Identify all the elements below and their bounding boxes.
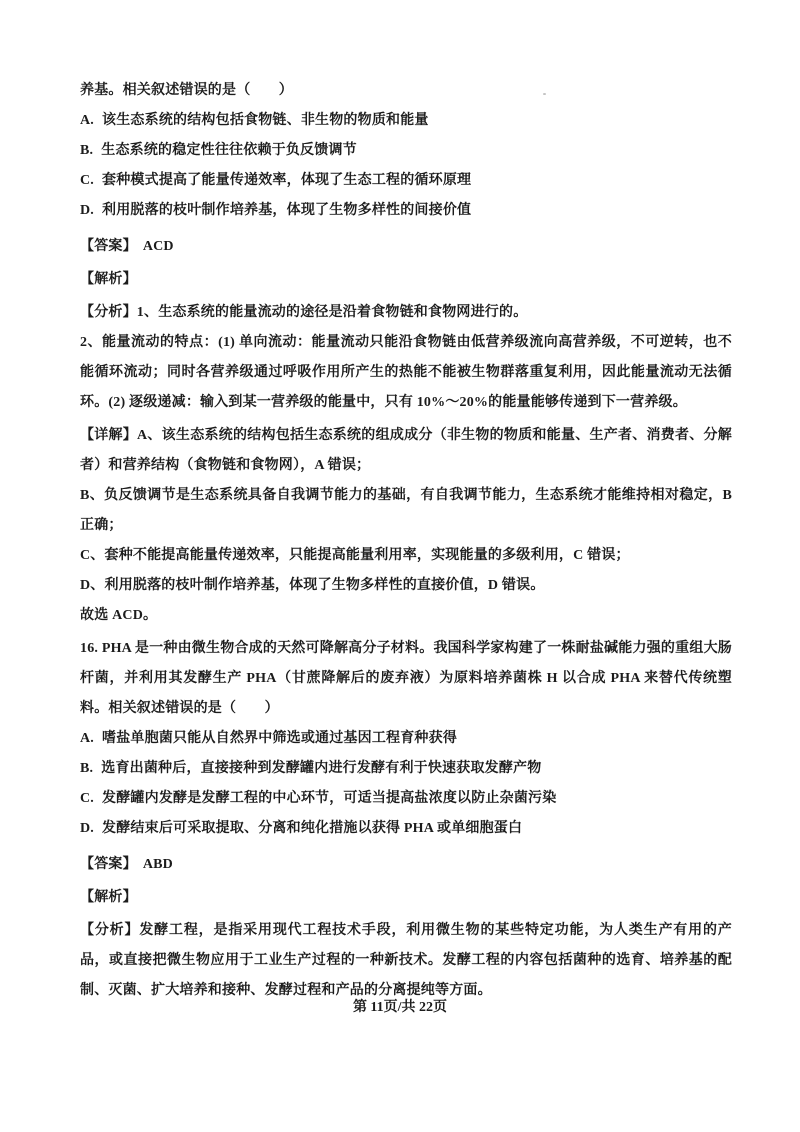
question15-option-c: C.套种模式提高了能量传递效率，体现了生态工程的循环原理 [80,166,732,196]
question15-detail-a: 【详解】A、该生态系统的结构包括生态系统的组成成分（非生物的物质和能量、生产者、… [80,421,732,481]
question15-stem-tail: 养基。相关叙述错误的是（ ） [80,76,732,106]
question16-answer-row: 【答案】ABD [80,850,732,880]
option-b-label: B. [80,136,93,166]
option-d-text: 利用脱落的枝叶制作培养基，体现了生物多样性的间接价值 [102,203,471,218]
option-a-text: 嗜盐单胞菌只能从自然界中筛选或通过基因工程育种获得 [102,731,457,746]
question15-analysis-point-2: 2、能量流动的特点：(1) 单向流动：能量流动只能沿食物链由低营养级流向高营养级… [80,328,732,418]
option-c-label: C. [80,166,94,196]
question15-answer-row: 【答案】ACD [80,232,732,262]
question16-analysis-header: 【解析】 [80,883,732,913]
option-a-text: 该生态系统的结构包括食物链、非生物的物质和能量 [102,113,429,128]
option-c-text: 套种模式提高了能量传递效率，体现了生态工程的循环原理 [102,173,471,188]
question15-detail-c: C、套种不能提高能量传递效率，只能提高能量利用率，实现能量的多级利用，C 错误； [80,541,732,571]
answer-bracket-label: 【答案】 [80,239,137,254]
page-number-text: 第 11页/共 22页 [353,1000,447,1015]
option-d-text: 发酵结束后可采取提取、分离和纯化措施以获得 PHA 或单细胞蛋白 [102,821,522,836]
question15-option-d: D.利用脱落的枝叶制作培养基，体现了生物多样性的间接价值 [80,196,732,226]
question15-answer-value: ACD [143,239,174,254]
exam-content: 养基。相关叙述错误的是（ ） A.该生态系统的结构包括食物链、非生物的物质和能量… [80,76,732,1006]
question15-option-a: A.该生态系统的结构包括食物链、非生物的物质和能量 [80,106,732,136]
question15-option-b: B.生态系统的稳定性往往依赖于负反馈调节 [80,136,732,166]
question15-conclusion: 故选 ACD。 [80,601,732,631]
option-a-label: A. [80,106,94,136]
question16-option-d: D.发酵结束后可采取提取、分离和纯化措施以获得 PHA 或单细胞蛋白 [80,814,732,844]
question16-stem: 16. PHA 是一种由微生物合成的天然可降解高分子材料。我国科学家构建了一株耐… [80,634,732,724]
answer-bracket-label: 【答案】 [80,857,137,872]
option-b-text: 选育出菌种后，直接接种到发酵罐内进行发酵有利于快速获取发酵产物 [101,761,541,776]
question15-detail-d: D、利用脱落的枝叶制作培养基，体现了生物多样性的直接价值，D 错误。 [80,571,732,601]
option-b-text: 生态系统的稳定性往往依赖于负反馈调节 [101,143,357,158]
page-number-footer: 第 11页/共 22页 [0,996,800,1016]
question15-detail-b: B、负反馈调节是生态系统具备自我调节能力的基础，有自我调节能力，生态系统才能维持… [80,481,732,541]
option-d-label: D. [80,196,94,226]
question15-analysis-point-1: 【分析】1、生态系统的能量流动的途径是沿着食物链和食物网进行的。 [80,298,732,328]
question16-option-a: A.嗜盐单胞菌只能从自然界中筛选或通过基因工程育种获得 [80,724,732,754]
option-d-label: D. [80,814,94,844]
option-a-label: A. [80,724,94,754]
question16-option-b: B.选育出菌种后，直接接种到发酵罐内进行发酵有利于快速获取发酵产物 [80,754,732,784]
option-c-text: 发酵罐内发酵是发酵工程的中心环节，可适当提高盐浓度以防止杂菌污染 [102,791,556,806]
document-page: 养基。相关叙述错误的是（ ） A.该生态系统的结构包括食物链、非生物的物质和能量… [0,0,800,1132]
question16-analysis-text: 【分析】发酵工程，是指采用现代工程技术手段，利用微生物的某些特定功能，为人类生产… [80,916,732,1006]
question16-option-c: C.发酵罐内发酵是发酵工程的中心环节，可适当提高盐浓度以防止杂菌污染 [80,784,732,814]
question16-answer-value: ABD [143,857,173,872]
option-b-label: B. [80,754,93,784]
option-c-label: C. [80,784,94,814]
question15-analysis-header: 【解析】 [80,265,732,295]
